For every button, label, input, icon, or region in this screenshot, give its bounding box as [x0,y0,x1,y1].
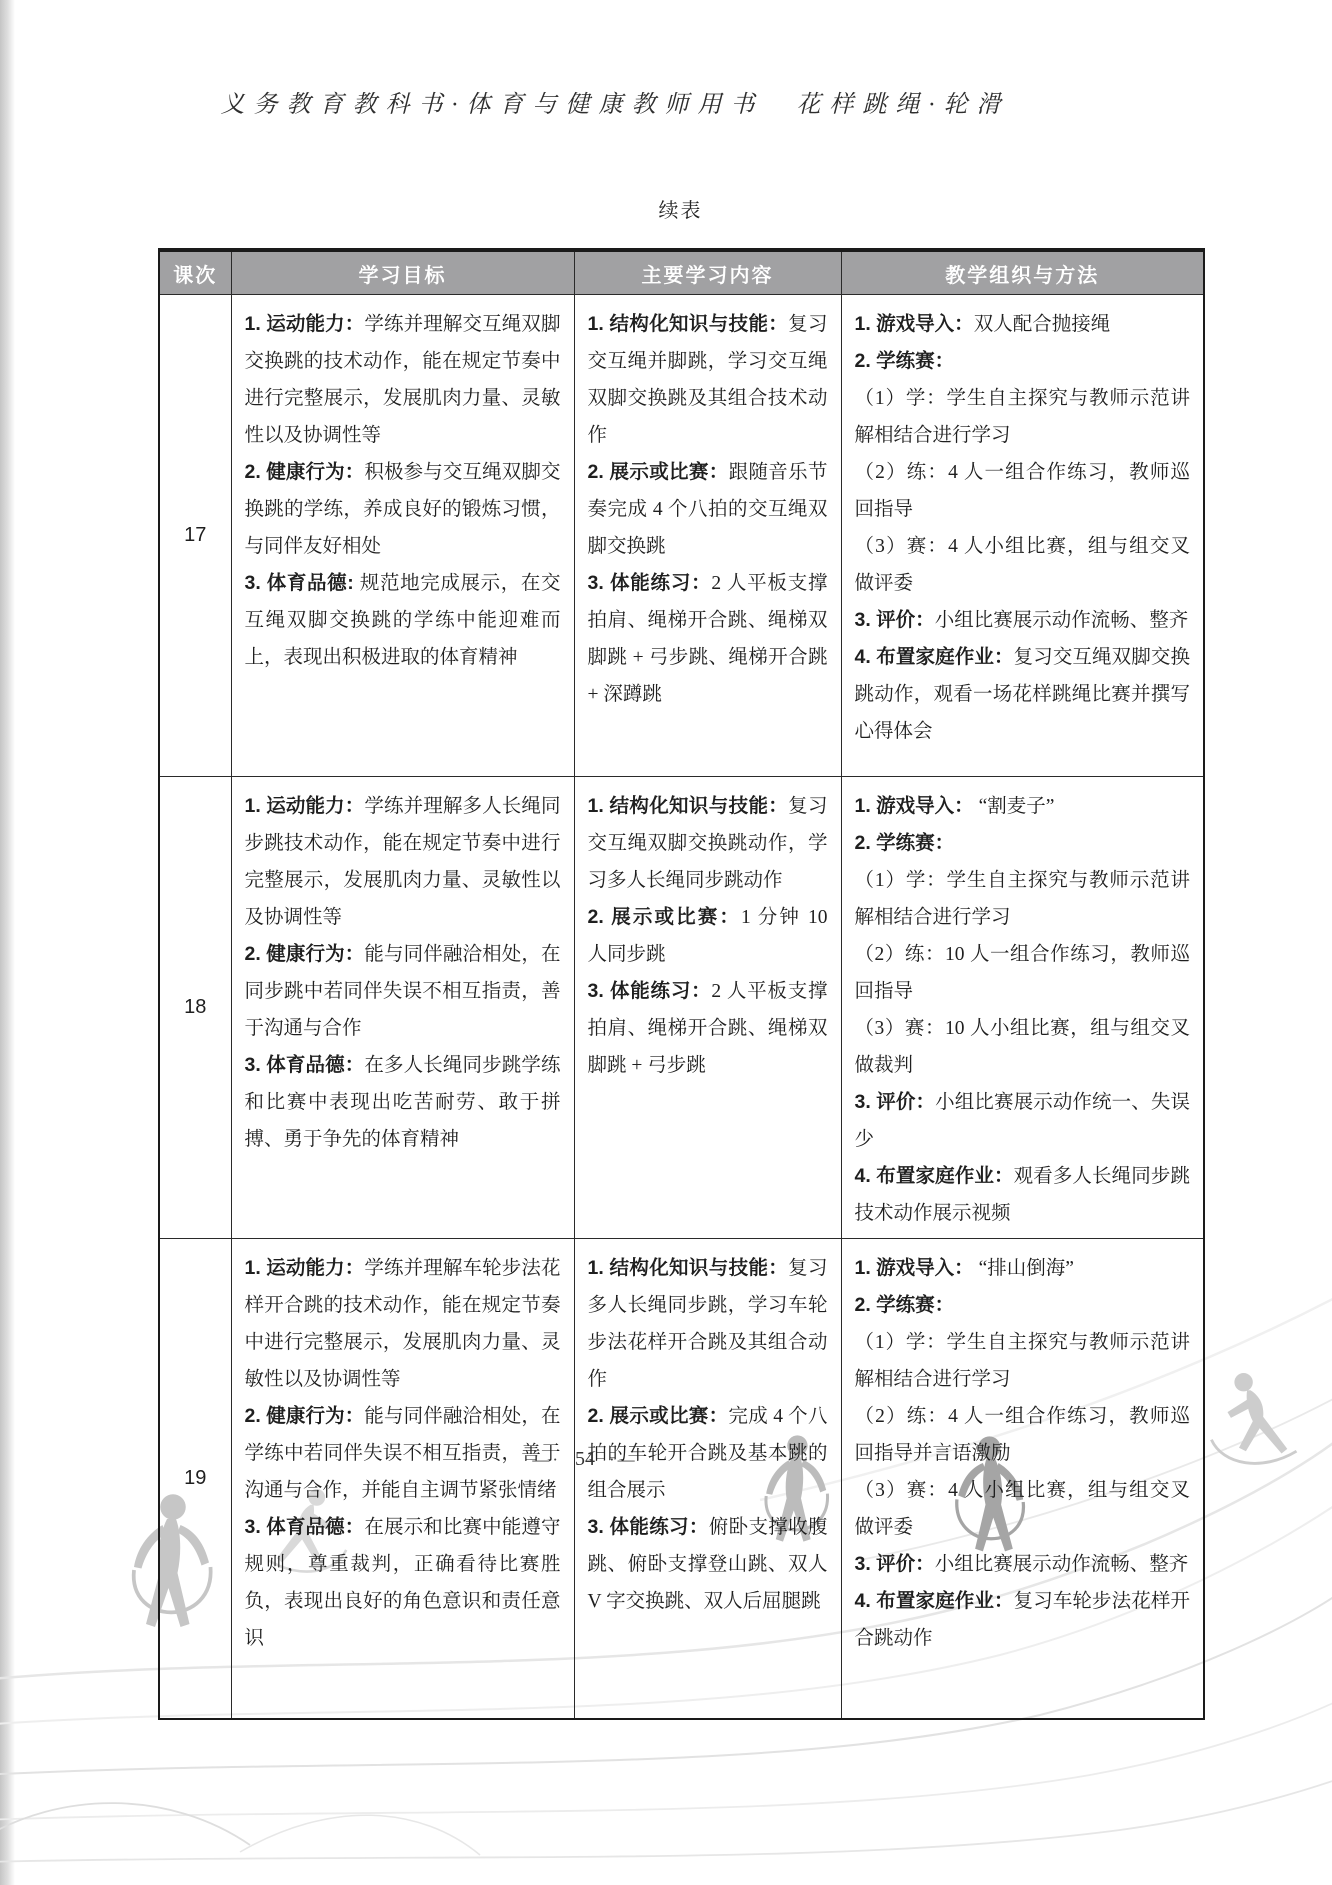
content-cell: 1. 结构化知识与技能：复习交互绳并脚跳，学习交互绳双脚交换跳及其组合技术动作2… [574,295,841,777]
content-cell: 1. 结构化知识与技能：复习多人长绳同步跳，学习车轮步法花样开合跳及其组合动作2… [574,1239,841,1719]
column-header-content: 主要学习内容 [574,250,841,295]
column-header-lesson: 课次 [159,250,231,295]
column-header-methods: 教学组织与方法 [841,250,1204,295]
book-page: 义务教育教科书·体育与健康教师用书 花样跳绳·轮滑 续表 课次 学习目标 主要学… [0,0,1332,1885]
lesson-table-header: 课次 学习目标 主要学习内容 教学组织与方法 [159,250,1204,295]
methods-cell: 1. 游戏导入： “割麦子”2. 学练赛：（1）学：学生自主探究与教师示范讲解相… [841,777,1204,1239]
lesson-number-cell: 17 [159,295,231,777]
page-number: 54 [575,1448,595,1470]
cell-paragraph: 1. 游戏导入： “排山倒海” [855,1250,1191,1287]
cell-paragraph: 1. 运动能力：学练并理解多人长绳同步跳技术动作，能在规定节奏中进行完整展示，发… [245,788,561,936]
page-number-row: —·54·— [0,1448,1170,1471]
cell-paragraph: 3. 体育品德：在展示和比赛中能遵守规则，尊重裁判，正确看待比赛胜负，表现出良好… [245,1509,561,1657]
lesson-number-cell: 19 [159,1239,231,1719]
cell-paragraph: （2）练：4 人一组合作练习，教师巡回指导 [855,454,1191,528]
cell-paragraph: 4. 布置家庭作业：观看多人长绳同步跳技术动作展示视频 [855,1158,1191,1232]
cell-paragraph: 2. 健康行为：能与同伴融洽相处，在同步跳中若同伴失误不相互指责，善于沟通与合作 [245,936,561,1047]
objectives-cell: 1. 运动能力：学练并理解多人长绳同步跳技术动作，能在规定节奏中进行完整展示，发… [231,777,574,1239]
cell-paragraph: 2. 学练赛： [855,825,1191,862]
cell-paragraph: 2. 学练赛： [855,1287,1191,1324]
cell-paragraph: 2. 健康行为：积极参与交互绳双脚交换跳的学练，养成良好的锻炼习惯，与同伴友好相… [245,454,561,565]
book-header-title: 义务教育教科书·体育与健康教师用书 花样跳绳·轮滑 [145,84,1085,119]
column-header-objectives: 学习目标 [231,250,574,295]
cell-paragraph: 3. 评价：小组比赛展示动作流畅、整齐 [855,1546,1191,1583]
cell-paragraph: 3. 体能练习：2 人平板支撑拍肩、绳梯开合跳、绳梯双脚跳 + 弓步跳 [588,973,828,1084]
methods-cell: 1. 游戏导入： “排山倒海”2. 学练赛：（1）学：学生自主探究与教师示范讲解… [841,1239,1204,1719]
methods-cell: 1. 游戏导入：双人配合抛接绳2. 学练赛：（1）学：学生自主探究与教师示范讲解… [841,295,1204,777]
cell-paragraph: （2）练：10 人一组合作练习，教师巡回指导 [855,936,1191,1010]
table-caption: 续表 [158,194,1203,223]
objectives-cell: 1. 运动能力：学练并理解车轮步法花样开合跳的技术动作，能在规定节奏中进行完整展… [231,1239,574,1719]
skater-silhouette [1211,1373,1296,1463]
cell-paragraph: 4. 布置家庭作业：复习车轮步法花样开合跳动作 [855,1583,1191,1657]
cell-paragraph: 1. 运动能力：学练并理解车轮步法花样开合跳的技术动作，能在规定节奏中进行完整展… [245,1250,561,1398]
cell-paragraph: 3. 评价：小组比赛展示动作统一、失误少 [855,1084,1191,1158]
cell-paragraph: （1）学：学生自主探究与教师示范讲解相结合进行学习 [855,1324,1191,1398]
cell-paragraph: 1. 游戏导入：双人配合抛接绳 [855,306,1191,343]
content-cell: 1. 结构化知识与技能：复习交互绳双脚交换跳动作，学习多人长绳同步跳动作2. 展… [574,777,841,1239]
page-number-ornament-right: ·— [609,1450,638,1469]
table-row: 181. 运动能力：学练并理解多人长绳同步跳技术动作，能在规定节奏中进行完整展示… [159,777,1204,1239]
lesson-number-cell: 18 [159,777,231,1239]
page-number-ornament-left: —· [532,1450,561,1469]
cell-paragraph: 1. 结构化知识与技能：复习多人长绳同步跳，学习车轮步法花样开合跳及其组合动作 [588,1250,828,1398]
cell-paragraph: 2. 学练赛： [855,343,1191,380]
cell-paragraph: 2. 展示或比赛：1 分钟 10 人同步跳 [588,899,828,973]
cell-paragraph: 3. 体能练习：俯卧支撑收腹跳、俯卧支撑登山跳、双人 V 字交换跳、双人后屈腿跳 [588,1509,828,1620]
cell-paragraph: 3. 体能练习：2 人平板支撑拍肩、绳梯开合跳、绳梯双脚跳 + 弓步跳、绳梯开合… [588,565,828,713]
cell-paragraph: （3）赛：10 人小组比赛，组与组交叉做裁判 [855,1010,1191,1084]
header-row: 课次 学习目标 主要学习内容 教学组织与方法 [159,250,1204,295]
cell-paragraph: （1）学：学生自主探究与教师示范讲解相结合进行学习 [855,862,1191,936]
cell-paragraph: （3）赛：4 人小组比赛，组与组交叉做评委 [855,528,1191,602]
cell-paragraph: 2. 展示或比赛：跟随音乐节奏完成 4 个八拍的交互绳双脚交换跳 [588,454,828,565]
lesson-table: 课次 学习目标 主要学习内容 教学组织与方法 171. 运动能力：学练并理解交互… [158,248,1205,1720]
cell-paragraph: 3. 评价：小组比赛展示动作流畅、整齐 [855,602,1191,639]
cell-paragraph: 1. 游戏导入： “割麦子” [855,788,1191,825]
cell-paragraph: 3. 体育品德: 规范地完成展示，在交互绳双脚交换跳的学练中能迎难而上，表现出积… [245,565,561,676]
cell-paragraph: 1. 结构化知识与技能：复习交互绳双脚交换跳动作，学习多人长绳同步跳动作 [588,788,828,899]
cell-paragraph: 1. 结构化知识与技能：复习交互绳并脚跳，学习交互绳双脚交换跳及其组合技术动作 [588,306,828,454]
cell-paragraph: （1）学：学生自主探究与教师示范讲解相结合进行学习 [855,380,1191,454]
objectives-cell: 1. 运动能力：学练并理解交互绳双脚交换跳的技术动作，能在规定节奏中进行完整展示… [231,295,574,777]
cell-paragraph: （3）赛：4 人小组比赛，组与组交叉做评委 [855,1472,1191,1546]
table-row: 191. 运动能力：学练并理解车轮步法花样开合跳的技术动作，能在规定节奏中进行完… [159,1239,1204,1719]
cell-paragraph: 1. 运动能力：学练并理解交互绳双脚交换跳的技术动作，能在规定节奏中进行完整展示… [245,306,561,454]
lesson-table-body: 171. 运动能力：学练并理解交互绳双脚交换跳的技术动作，能在规定节奏中进行完整… [159,295,1204,1719]
table-row: 171. 运动能力：学练并理解交互绳双脚交换跳的技术动作，能在规定节奏中进行完整… [159,295,1204,777]
cell-paragraph: 3. 体育品德：在多人长绳同步跳学练和比赛中表现出吃苦耐劳、敢于拼搏、勇于争先的… [245,1047,561,1158]
page-edge-shadow [0,0,15,1885]
cell-paragraph: 4. 布置家庭作业：复习交互绳双脚交换跳动作，观看一场花样跳绳比赛并撰写心得体会 [855,639,1191,750]
